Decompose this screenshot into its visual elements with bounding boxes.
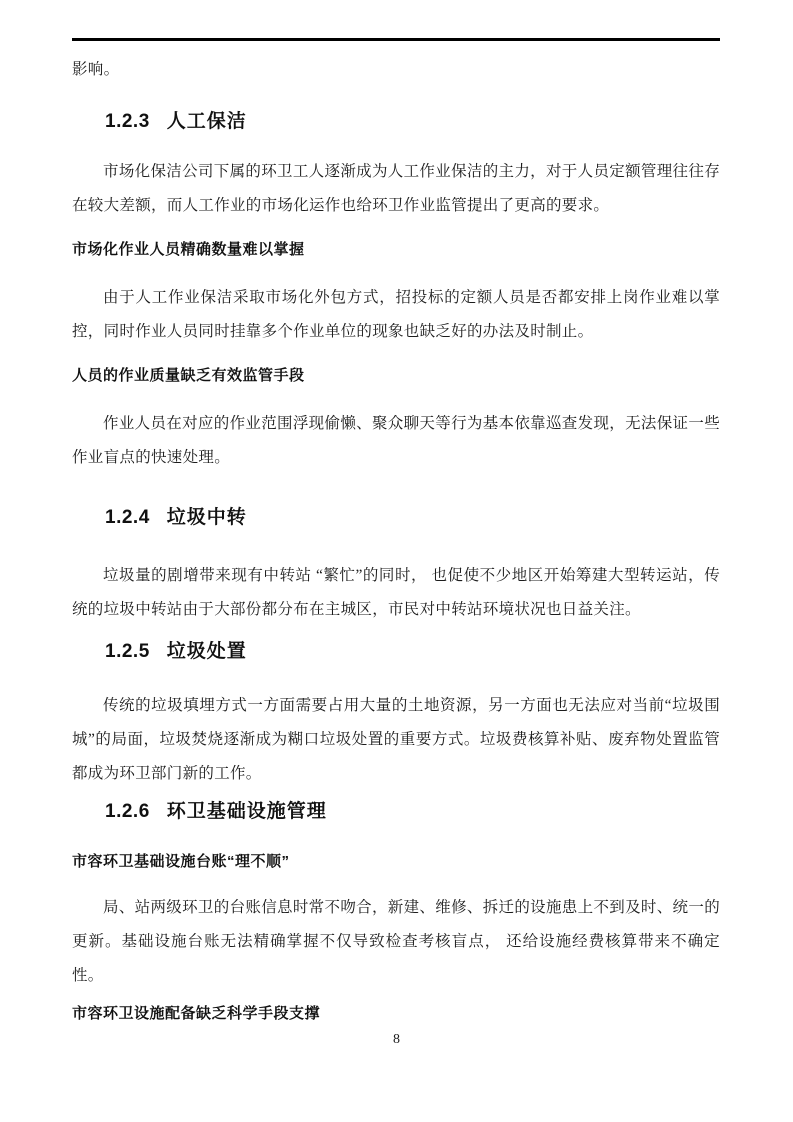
paragraph-tail: 影响。 [72, 53, 720, 87]
section-heading-1-2-3: 1.2.3人工保洁 [105, 109, 720, 135]
subsection-heading: 市容环卫基础设施台账“理不顺” [72, 845, 720, 879]
subsection-heading: 市容环卫设施配备缺乏科学手段支撑 [72, 997, 720, 1031]
paragraph: 作业人员在对应的作业范围浮现偷懒、聚众聊天等行为基本依靠巡查发现，无法保证一些作… [72, 407, 720, 475]
section-number: 1.2.4 [105, 507, 150, 528]
section-heading-1-2-4: 1.2.4垃圾中转 [105, 505, 720, 531]
section-heading-1-2-5: 1.2.5垃圾处置 [105, 639, 720, 665]
paragraph: 市场化保洁公司下属的环卫工人逐渐成为人工作业保洁的主力，对于人员定额管理往往存在… [72, 155, 720, 223]
section-number: 1.2.3 [105, 111, 150, 132]
header-rule [72, 38, 720, 41]
section-heading-1-2-6: 1.2.6环卫基础设施管理 [105, 799, 720, 825]
paragraph: 传统的垃圾填埋方式一方面需要占用大量的土地资源，另一方面也无法应对当前“垃圾围城… [72, 689, 720, 791]
section-number: 1.2.5 [105, 641, 150, 662]
section-title: 垃圾处置 [167, 641, 247, 662]
page-number: 8 [0, 1030, 793, 1050]
document-page: 影响。 1.2.3人工保洁 市场化保洁公司下属的环卫工人逐渐成为人工作业保洁的主… [0, 0, 793, 1122]
subsection-heading: 人员的作业质量缺乏有效监管手段 [72, 359, 720, 393]
paragraph: 垃圾量的剧增带来现有中转站 “繁忙”的同时， 也促使不少地区开始筹建大型转运站，… [72, 559, 720, 627]
section-title: 环卫基础设施管理 [167, 801, 327, 822]
page-content: 影响。 1.2.3人工保洁 市场化保洁公司下属的环卫工人逐渐成为人工作业保洁的主… [0, 38, 793, 1031]
section-title: 垃圾中转 [167, 507, 247, 528]
paragraph: 由于人工作业保洁采取市场化外包方式，招投标的定额人员是否都安排上岗作业难以掌控，… [72, 281, 720, 349]
section-number: 1.2.6 [105, 801, 150, 822]
paragraph: 局、站两级环卫的台账信息时常不吻合，新建、维修、拆迁的设施患上不到及时、统一的 … [72, 891, 720, 993]
section-title: 人工保洁 [167, 111, 247, 132]
subsection-heading: 市场化作业人员精确数量难以掌握 [72, 233, 720, 267]
